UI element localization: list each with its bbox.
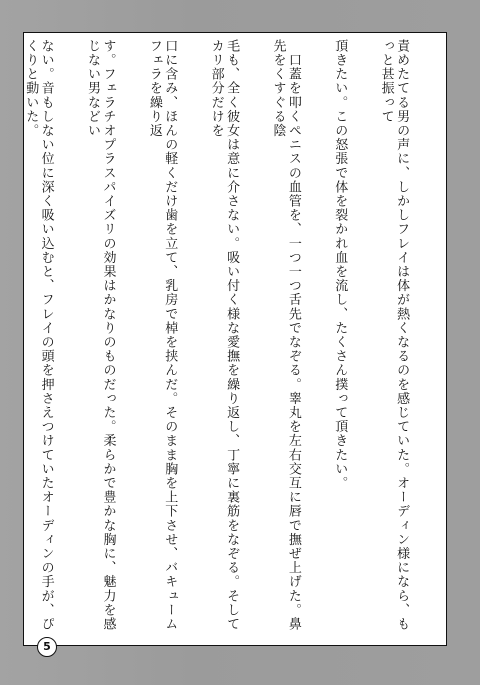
text-column: 責めたてる男の声に、しかしフレイは体が熱くなるのを感じていた。オーディン様になら…	[378, 39, 409, 637]
text-frame: 責めたてる男の声に、しかしフレイは体が熱くなるのを感じていた。オーディン様になら…	[23, 32, 447, 646]
text-column: 口に含み、ほんの軽くだけ歯を立て、乳房で棹を挟んだ。そのまま胸を上下させ、バキュ…	[146, 39, 177, 637]
page-number-badge: 5	[37, 637, 57, 657]
text-column: す。フェラチオプラスパイズリの効果はかなりのものだった。柔らかで豊かな胸に、魅力…	[85, 39, 116, 637]
text-column: 頂きたい。この怒張で体を裂かれ血を流し、たくさん撲って頂きたい。	[332, 39, 347, 637]
text-column: 毛も、全く彼女は意に介さない。吸い付く様な愛撫を繰り返し、丁寧に裏筋をなぞる。そ…	[208, 39, 239, 637]
text-column: 口蓋を叩くペニスの血管を、一つ一つ舌先でなぞる。睾丸を左右交互に唇で撫ぜ上げた。…	[270, 39, 301, 637]
text-column: ない。音もしない位に深く吸い込むと、フレイの頭を押さえつけていたオーディンの手が…	[23, 39, 54, 637]
vertical-text-body: 責めたてる男の声に、しかしフレイは体が熱くなるのを感じていた。オーディン様になら…	[30, 39, 440, 637]
